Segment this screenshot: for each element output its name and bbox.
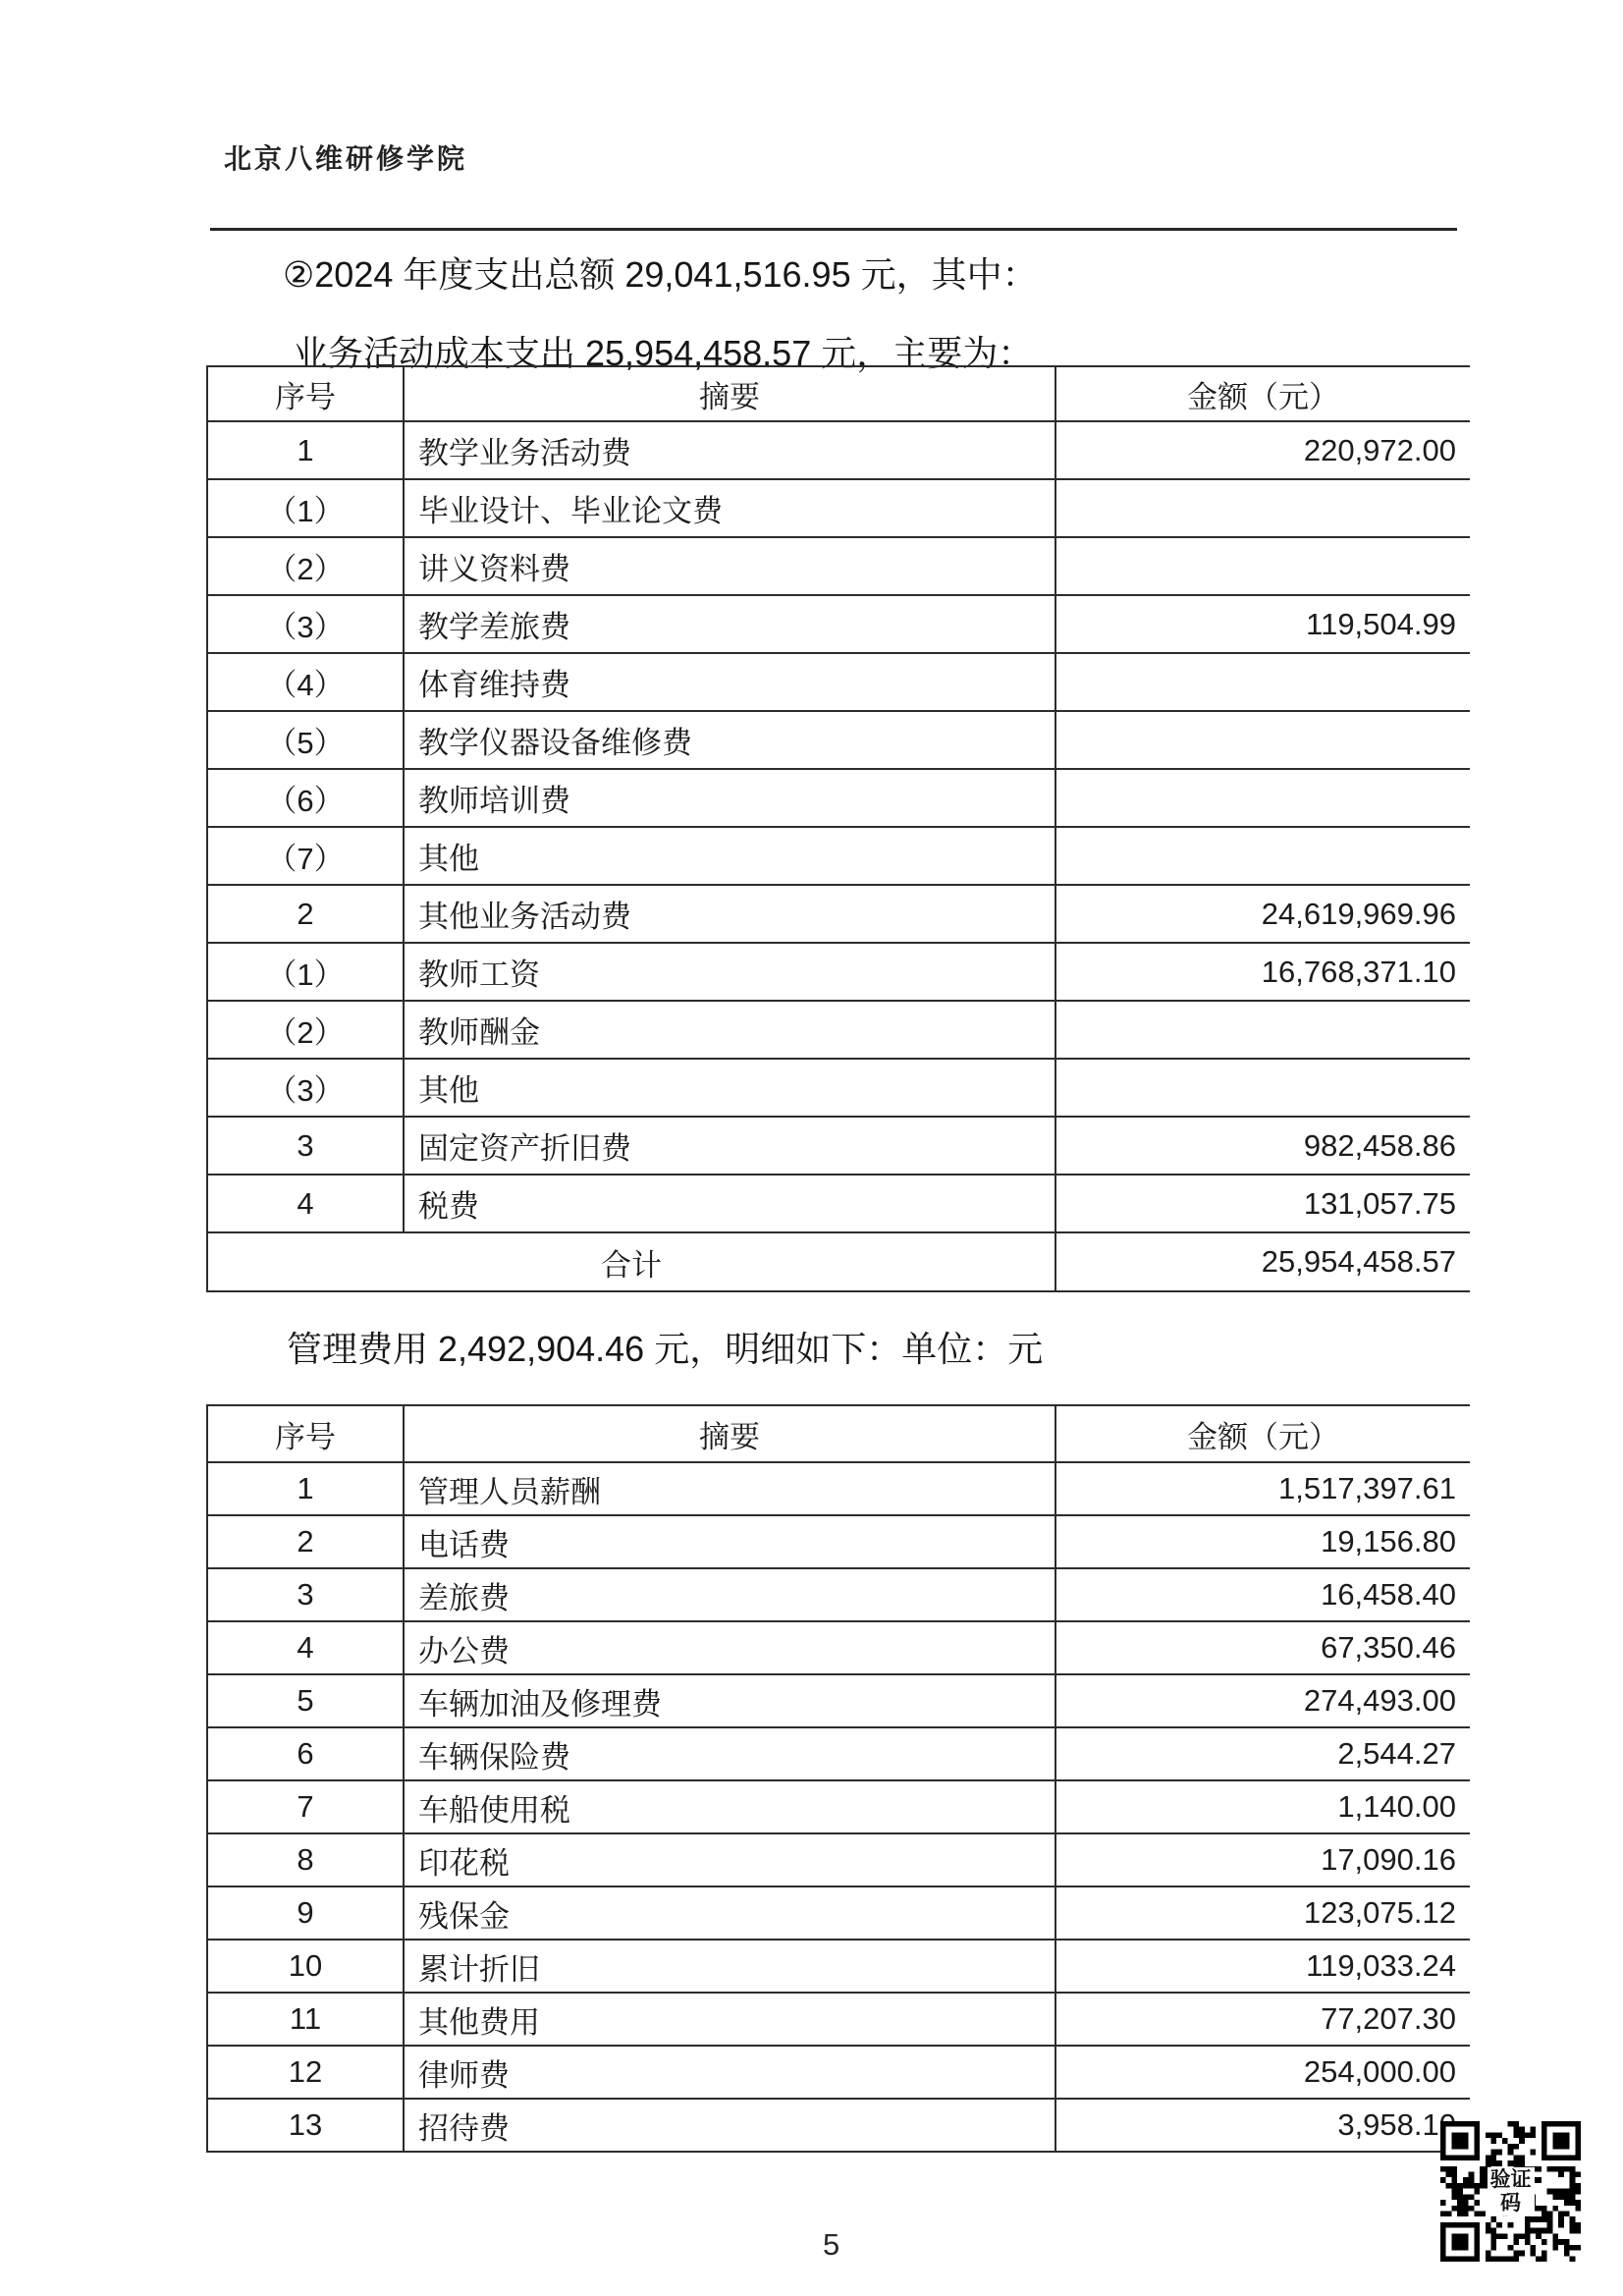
cell-serial: （3） [207,1059,404,1117]
verification-qr-code: 验证 码 [1440,2119,1581,2264]
table-total-row: 合计 25,954,458.57 [207,1232,1470,1291]
cell-serial: （5） [207,711,404,769]
col-header-serial: 序号 [207,366,404,421]
cell-amount: 1,517,397.61 [1055,1462,1470,1515]
cell-serial: 1 [207,421,404,479]
cell-summary: 教师培训费 [404,769,1055,827]
cell-amount: 16,768,371.10 [1055,943,1470,1001]
cell-serial: 1 [207,1462,404,1515]
cell-serial: 2 [207,1515,404,1568]
table-row: （7）其他 [207,827,1470,885]
cell-serial: （4） [207,653,404,711]
table-row: 12律师费254,000.00 [207,2046,1470,2099]
table-header-row: 序号 摘要 金额（元） [207,1405,1470,1462]
cell-amount: 17,090.16 [1055,1833,1470,1886]
cell-summary: 累计折旧 [404,1940,1055,1993]
cell-amount: 119,033.24 [1055,1940,1470,1993]
cell-serial: 13 [207,2099,404,2152]
table-row: 4办公费67,350.46 [207,1621,1470,1674]
col-header-summary: 摘要 [404,1405,1055,1462]
cell-serial: 11 [207,1993,404,2046]
table-row: 9残保金123,075.12 [207,1886,1470,1940]
page-number: 5 [823,2227,839,2263]
cell-summary: 管理人员薪酬 [404,1462,1055,1515]
total-label: 合计 [207,1232,1055,1291]
cell-amount: 16,458.40 [1055,1568,1470,1621]
paragraph-admin-expense: 管理费用 2,492,904.46 元，明细如下：单位：元 [287,1322,1043,1372]
col-header-amount: 金额（元） [1055,1405,1470,1462]
cell-serial: 8 [207,1833,404,1886]
table-row: （5）教学仪器设备维修费 [207,711,1470,769]
admin-expense-table: 序号 摘要 金额（元） 1管理人员薪酬1,517,397.61 2电话费19,1… [206,1404,1470,2153]
business-cost-table: 序号 摘要 金额（元） 1教学业务活动费220,972.00 （1）毕业设计、毕… [206,365,1470,1292]
cell-serial: 3 [207,1117,404,1175]
table-row: 4税费131,057.75 [207,1175,1470,1232]
cell-amount: 274,493.00 [1055,1674,1470,1727]
cell-amount [1055,537,1470,595]
cell-serial: （6） [207,769,404,827]
document-page: 北京八维研修学院 ②2024 年度支出总额 29,041,516.95 元，其中… [0,0,1623,2296]
cell-amount: 131,057.75 [1055,1175,1470,1232]
cell-serial: （1） [207,479,404,537]
cell-summary: 车辆保险费 [404,1727,1055,1780]
qr-label-line1: 验证 [1490,2167,1532,2190]
cell-amount: 24,619,969.96 [1055,885,1470,943]
qr-label: 验证 码 [1488,2166,1535,2215]
table-row: 13招待费3,958.10 [207,2099,1470,2152]
cell-summary: 残保金 [404,1886,1055,1940]
cell-serial: （2） [207,1001,404,1059]
cell-amount [1055,1059,1470,1117]
table-row: 1管理人员薪酬1,517,397.61 [207,1462,1470,1515]
cell-summary: 毕业设计、毕业论文费 [404,479,1055,537]
table-row: 5车辆加油及修理费274,493.00 [207,1674,1470,1727]
qr-label-line2: 码 [1500,2192,1521,2214]
total-amount: 25,954,458.57 [1055,1232,1470,1291]
table-row: 2电话费19,156.80 [207,1515,1470,1568]
cell-amount [1055,1001,1470,1059]
table-row: 2其他业务活动费24,619,969.96 [207,885,1470,943]
header-rule [210,228,1457,231]
table-row: 10累计折旧119,033.24 [207,1940,1470,1993]
cell-summary: 教师酬金 [404,1001,1055,1059]
cell-summary: 律师费 [404,2046,1055,2099]
cell-amount: 220,972.00 [1055,421,1470,479]
cell-summary: 招待费 [404,2099,1055,2152]
cell-summary: 车辆加油及修理费 [404,1674,1055,1727]
cell-summary: 体育维持费 [404,653,1055,711]
cell-summary: 税费 [404,1175,1055,1232]
paragraph-total-expenditure: ②2024 年度支出总额 29,041,516.95 元，其中： [283,247,1038,298]
cell-summary: 教学业务活动费 [404,421,1055,479]
cell-summary: 其他 [404,1059,1055,1117]
cell-serial: 9 [207,1886,404,1940]
cell-serial: （2） [207,537,404,595]
cell-summary: 车船使用税 [404,1780,1055,1833]
cell-summary: 差旅费 [404,1568,1055,1621]
table-row: 8印花税17,090.16 [207,1833,1470,1886]
table-row: 1教学业务活动费220,972.00 [207,421,1470,479]
table-row: （4）体育维持费 [207,653,1470,711]
cell-serial: （3） [207,595,404,653]
cell-amount: 123,075.12 [1055,1886,1470,1940]
cell-serial: 7 [207,1780,404,1833]
cell-serial: 4 [207,1621,404,1674]
col-header-serial: 序号 [207,1405,404,1462]
table-row: 3差旅费16,458.40 [207,1568,1470,1621]
table-row: （3）其他 [207,1059,1470,1117]
cell-serial: （1） [207,943,404,1001]
cell-summary: 讲义资料费 [404,537,1055,595]
cell-summary: 其他业务活动费 [404,885,1055,943]
table-row: （1）教师工资16,768,371.10 [207,943,1470,1001]
table-row: 7车船使用税1,140.00 [207,1780,1470,1833]
cell-serial: 10 [207,1940,404,1993]
cell-serial: （7） [207,827,404,885]
table-row: 3固定资产折旧费982,458.86 [207,1117,1470,1175]
cell-amount: 1,140.00 [1055,1780,1470,1833]
table-row: （2）教师酬金 [207,1001,1470,1059]
table-row: 6车辆保险费2,544.27 [207,1727,1470,1780]
cell-amount: 119,504.99 [1055,595,1470,653]
cell-amount [1055,769,1470,827]
cell-amount: 982,458.86 [1055,1117,1470,1175]
cell-summary: 印花税 [404,1833,1055,1886]
cell-summary: 其他 [404,827,1055,885]
cell-summary: 其他费用 [404,1993,1055,2046]
cell-amount: 19,156.80 [1055,1515,1470,1568]
cell-serial: 5 [207,1674,404,1727]
col-header-amount: 金额（元） [1055,366,1470,421]
cell-serial: 3 [207,1568,404,1621]
cell-amount [1055,827,1470,885]
cell-amount: 77,207.30 [1055,1993,1470,2046]
col-header-summary: 摘要 [404,366,1055,421]
cell-serial: 4 [207,1175,404,1232]
table-row: 11其他费用77,207.30 [207,1993,1470,2046]
table-row: （2）讲义资料费 [207,537,1470,595]
cell-summary: 教师工资 [404,943,1055,1001]
org-name: 北京八维研修学院 [224,137,467,177]
cell-summary: 电话费 [404,1515,1055,1568]
cell-amount: 254,000.00 [1055,2046,1470,2099]
cell-summary: 固定资产折旧费 [404,1117,1055,1175]
cell-amount [1055,479,1470,537]
table-row: （6）教师培训费 [207,769,1470,827]
cell-amount: 67,350.46 [1055,1621,1470,1674]
table-row: （1）毕业设计、毕业论文费 [207,479,1470,537]
cell-amount [1055,653,1470,711]
cell-summary: 办公费 [404,1621,1055,1674]
cell-serial: 12 [207,2046,404,2099]
cell-serial: 6 [207,1727,404,1780]
table-row: （3）教学差旅费119,504.99 [207,595,1470,653]
cell-summary: 教学差旅费 [404,595,1055,653]
cell-summary: 教学仪器设备维修费 [404,711,1055,769]
cell-serial: 2 [207,885,404,943]
cell-amount: 2,544.27 [1055,1727,1470,1780]
table-header-row: 序号 摘要 金额（元） [207,366,1470,421]
cell-amount [1055,711,1470,769]
cell-amount: 3,958.10 [1055,2099,1470,2152]
